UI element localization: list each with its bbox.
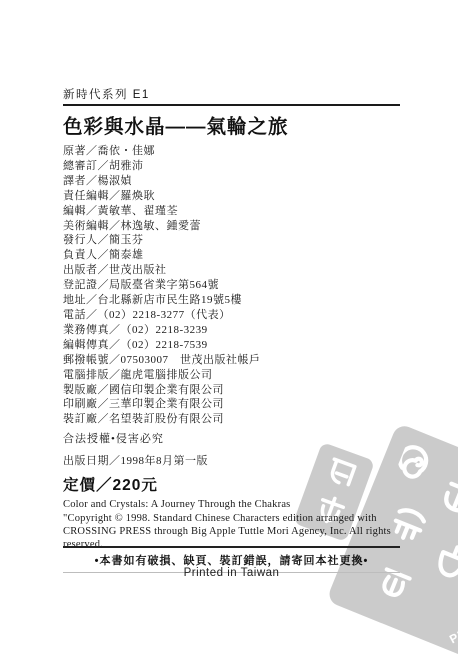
- publication-credits: 原著／喬依・佳娜 總審訂／胡雅沛 譯者／楊淑媜 責任編輯／羅煥耿 編輯／黃敏華、…: [63, 144, 400, 427]
- credit-line: 登記證／局版臺省業字第564號: [63, 278, 400, 293]
- damage-notice-text: •本書如有破損、缺頁、裝訂錯誤，請寄回本社更換•: [95, 555, 369, 567]
- credit-line: 郵撥帳號／07503007 世茂出版社帳戶: [63, 353, 400, 368]
- legal-notice: 合法授權•侵害必究: [63, 430, 164, 446]
- publication-date: 出版日期／1998年8月第一版: [63, 452, 208, 468]
- credit-line: 美術編輯／林逸敏、鍾愛蕾: [63, 219, 400, 234]
- credit-line: 編輯傳真／（02）2218-7539: [63, 338, 400, 353]
- credit-line: 製版廠／國信印製企業有限公司: [63, 383, 400, 398]
- series-label: 新時代系列 E1: [63, 86, 150, 102]
- credit-line: 裝訂廠／名望裝訂股份有限公司: [63, 412, 400, 427]
- seal-character-icon: [392, 442, 441, 494]
- credit-line: 電話／（02）2218-3277（代表）: [63, 308, 400, 323]
- english-title: Color and Crystals: A Journey Through th…: [63, 499, 290, 510]
- credit-line: 印刷廠／三華印製企業有限公司: [63, 397, 400, 412]
- credit-line: 負責人／簡泰雄: [63, 248, 400, 263]
- seal-character-icon: [432, 475, 458, 527]
- credit-line: 地址／台北縣新店市民生路19號5樓: [63, 293, 400, 308]
- credit-line: 編輯／黃敏華、翟瑾荃: [63, 204, 400, 219]
- pdg-watermark-label: PDG: [447, 620, 458, 646]
- credit-line: 總審訂／胡雅沛: [63, 159, 400, 174]
- printed-in-taiwan-label: Printed in Taiwan: [63, 567, 400, 579]
- book-colophon-page: PDG 新時代系列 E1 色彩與水晶——氣輪之旅 原著／喬依・佳娜 總審訂／胡雅…: [0, 0, 458, 661]
- price-line: 定價／220元: [63, 473, 158, 495]
- credit-line: 責任編輯／羅煥耿: [63, 189, 400, 204]
- credit-line: 電腦排版／龍虎電腦排版公司: [63, 368, 400, 383]
- credit-line: 譯者／楊淑媜: [63, 174, 400, 189]
- credit-line: 發行人／簡玉芬: [63, 233, 400, 248]
- seal-character-icon: [427, 538, 458, 590]
- seal-character-icon: [320, 454, 360, 497]
- credit-line: 出版者／世茂出版社: [63, 263, 400, 278]
- credit-line: 業務傳真／（02）2218-3239: [63, 323, 400, 338]
- header-rule: [63, 104, 400, 106]
- credit-line: 原著／喬依・佳娜: [63, 144, 400, 159]
- book-title: 色彩與水晶——氣輪之旅: [63, 111, 289, 139]
